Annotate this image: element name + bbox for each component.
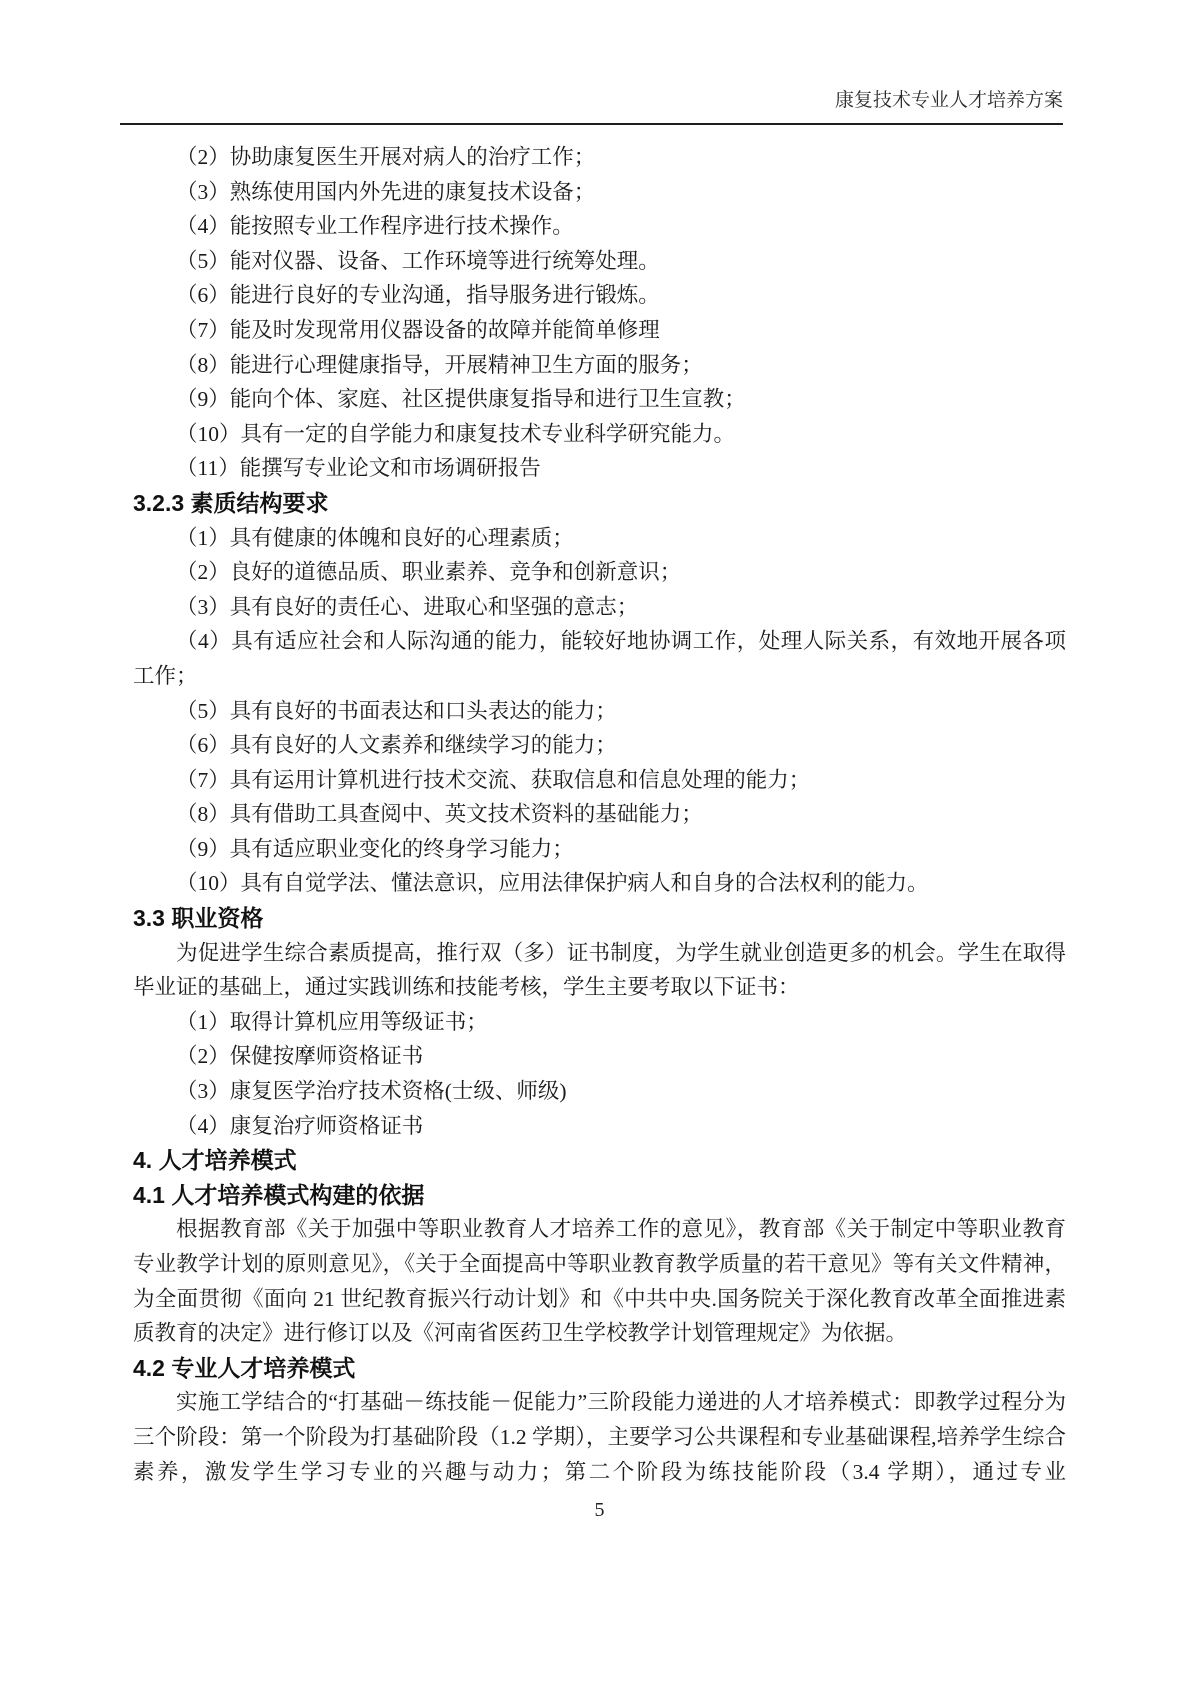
- list-item: （2）协助康复医生开展对病人的治疗工作；: [133, 140, 1066, 175]
- list-item: （3）康复医学治疗技术资格(士级、师级): [133, 1074, 1066, 1109]
- section-heading-4-1: 4.1 人才培养模式构建的依据: [133, 1178, 1066, 1213]
- list-item: （8）具有借助工具查阅中、英文技术资料的基础能力；: [133, 797, 1066, 832]
- list-item: （6）具有良好的人文素养和继续学习的能力；: [133, 728, 1066, 763]
- header-title: 康复技术专业人才培养方案: [835, 90, 1063, 111]
- list-item: （5）能对仪器、设备、工作环境等进行统筹处理。: [133, 244, 1066, 279]
- list-item: （6）能进行良好的专业沟通，指导服务进行锻炼。: [133, 278, 1066, 313]
- document-page: 康复技术专业人才培养方案 （2）协助康复医生开展对病人的治疗工作； （3）熟练使…: [0, 0, 1199, 1696]
- document-body: （2）协助康复医生开展对病人的治疗工作； （3）熟练使用国内外先进的康复技术设备…: [133, 140, 1066, 1489]
- list-item: （4）能按照专业工作程序进行技术操作。: [133, 209, 1066, 244]
- list-item: （9）具有适应职业变化的终身学习能力；: [133, 832, 1066, 867]
- list-item: （1）取得计算机应用等级证书；: [133, 1005, 1066, 1040]
- list-item: （7）能及时发现常用仪器设备的故障并能简单修理: [133, 313, 1066, 348]
- list-item: （3）熟练使用国内外先进的康复技术设备；: [133, 175, 1066, 210]
- list-item: （11）能撰写专业论文和市场调研报告: [133, 451, 1066, 486]
- list-item: （4）康复治疗师资格证书: [133, 1109, 1066, 1144]
- list-item: （8）能进行心理健康指导，开展精神卫生方面的服务；: [133, 348, 1066, 383]
- section-heading-3-2-3: 3.2.3 素质结构要求: [133, 486, 1066, 521]
- list-item: （2）良好的道德品质、职业素养、竞争和创新意识；: [133, 555, 1066, 590]
- list-item: （9）能向个体、家庭、社区提供康复指导和进行卫生宣教；: [133, 382, 1066, 417]
- paragraph: 根据教育部《关于加强中等职业教育人才培养工作的意见》，教育部《关于制定中等职业教…: [133, 1212, 1066, 1350]
- page-number: 5: [0, 1499, 1199, 1522]
- paragraph: 为促进学生综合素质提高，推行双（多）证书制度，为学生就业创造更多的机会。学生在取…: [133, 936, 1066, 1005]
- section-heading-4: 4. 人才培养模式: [133, 1143, 1066, 1178]
- list-item: （10）具有一定的自学能力和康复技术专业科学研究能力。: [133, 417, 1066, 452]
- list-item: （1）具有健康的体魄和良好的心理素质；: [133, 521, 1066, 556]
- list-item: （2）保健按摩师资格证书: [133, 1039, 1066, 1074]
- list-item: （7）具有运用计算机进行技术交流、获取信息和信息处理的能力；: [133, 763, 1066, 798]
- section-heading-4-2: 4.2 专业人才培养模式: [133, 1351, 1066, 1386]
- list-item: （5）具有良好的书面表达和口头表达的能力；: [133, 694, 1066, 729]
- page-header: 康复技术专业人才培养方案: [120, 88, 1063, 125]
- list-item: （10）具有自觉学法、懂法意识，应用法律保护病人和自身的合法权利的能力。: [133, 866, 1066, 901]
- section-heading-3-3: 3.3 职业资格: [133, 901, 1066, 936]
- list-item: （3）具有良好的责任心、进取心和坚强的意志；: [133, 590, 1066, 625]
- paragraph: 实施工学结合的“打基础－练技能－促能力”三阶段能力递进的人才培养模式：即教学过程…: [133, 1385, 1066, 1489]
- list-item: （4）具有适应社会和人际沟通的能力，能较好地协调工作，处理人际关系，有效地开展各…: [133, 624, 1066, 693]
